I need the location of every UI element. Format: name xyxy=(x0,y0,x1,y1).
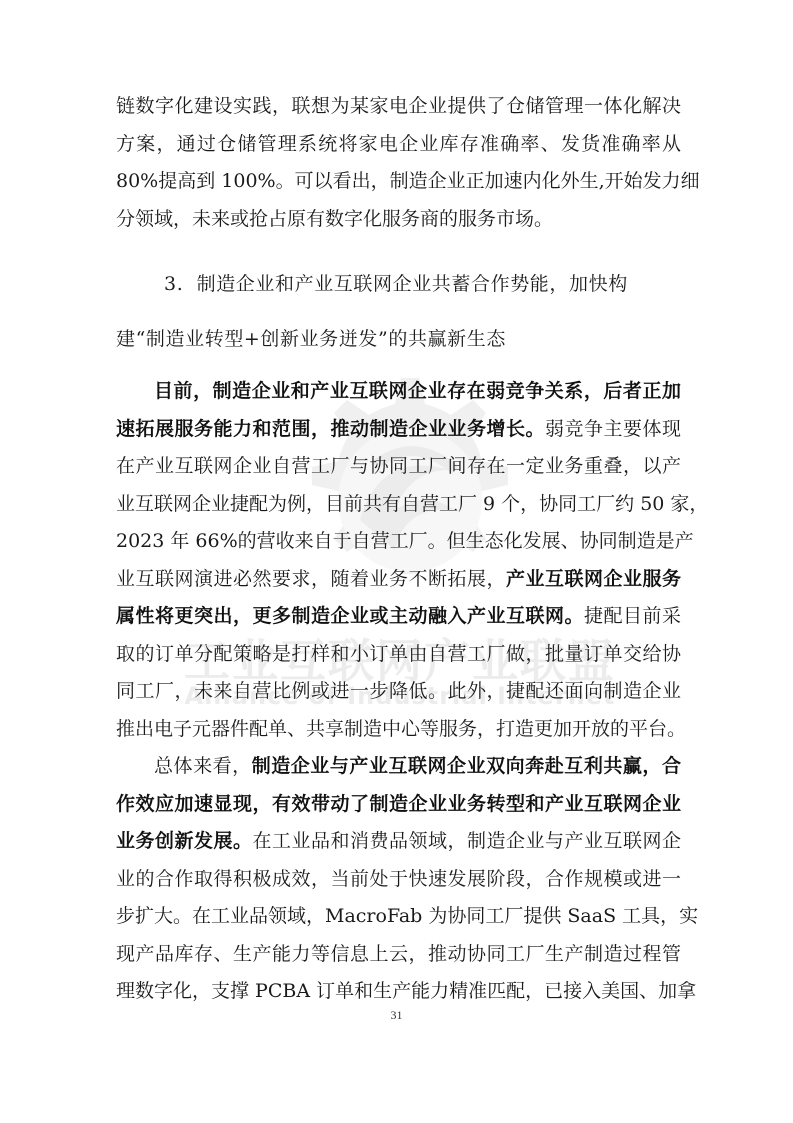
section-heading-text-1: 制造企业和产业互联网企业共蓄合作势能，加快构 xyxy=(197,273,628,295)
normal-text: 在工业品和消费品领域，制造企业与产业互联网企 xyxy=(253,830,681,852)
body-content: 链数字化建设实践，联想为某家电企业提供了仓储管理一体化解决 方案，通过仓储管理系… xyxy=(116,88,681,1011)
section-number: 3. xyxy=(164,273,183,295)
section-heading-line-1: 3. 制造企业和产业互联网企业共蓄合作势能，加快构 xyxy=(116,257,681,312)
text-line: 业互联网演进必然要求，随着业务不断拓展，产业互联网企业服务 xyxy=(116,561,681,599)
text-line: 理数字化，支撑 PCBA 订单和生产能力精准匹配，已接入美国、加拿 xyxy=(116,973,681,1011)
text-line: 总体来看，制造企业与产业互联网企业双向奔赴互利共赢，合 xyxy=(116,748,681,786)
normal-text: 弱竞争主要体现 xyxy=(545,418,681,440)
text-line: 方案，通过仓储管理系统将家电企业库存准确率、发货准确率从 xyxy=(116,126,681,164)
text-line: 业的合作取得积极成效，当前处于快速发展阶段，合作规模或进一 xyxy=(116,861,681,899)
bold-text: 速拓展服务能力和范围，推动制造企业业务增长。 xyxy=(116,418,545,440)
text-line: 目前，制造企业和产业互联网企业存在弱竞争关系，后者正加 xyxy=(116,373,681,411)
bold-text: 目前，制造企业和产业互联网企业存在弱竞争关系，后者正加 xyxy=(154,380,681,402)
text-line: 业务创新发展。在工业品和消费品领域，制造企业与产业互联网企 xyxy=(116,823,681,861)
normal-text: 总体来看， xyxy=(154,755,252,777)
text-line: 作效应加速显现，有效带动了制造企业业务转型和产业互联网企业 xyxy=(116,786,681,824)
bold-text: 属性将更突出，更多制造企业或主动融入产业互联网。 xyxy=(116,605,584,627)
bold-text: 作效应加速显现，有效带动了制造企业业务转型和产业互联网企业 xyxy=(116,793,681,815)
text-line: 现产品库存、生产能力等信息上云，推动协同工厂生产制造过程管 xyxy=(116,936,681,974)
text-line: 链数字化建设实践，联想为某家电企业提供了仓储管理一体化解决 xyxy=(116,88,681,126)
text-line: 同工厂，未来自营比例或进一步降低。此外，捷配还面向制造企业 xyxy=(116,673,681,711)
text-line: 属性将更突出，更多制造企业或主动融入产业互联网。捷配目前采 xyxy=(116,598,681,636)
normal-text: 捷配目前采 xyxy=(584,605,681,627)
section-heading: 3. 制造企业和产业互联网企业共蓄合作势能，加快构 建“制造业转型+创新业务迸发… xyxy=(116,257,681,367)
bold-text: 业务创新发展。 xyxy=(116,830,253,852)
text-line: 分领域，未来或抢占原有数字化服务商的服务市场。 xyxy=(116,201,681,239)
text-line: 在产业互联网企业自营工厂与协同工厂间存在一定业务重叠，以产 xyxy=(116,448,681,486)
paragraph-intro: 链数字化建设实践，联想为某家电企业提供了仓储管理一体化解决 方案，通过仓储管理系… xyxy=(116,88,681,238)
normal-text: 业互联网演进必然要求，随着业务不断拓展， xyxy=(116,568,506,590)
page-number: 31 xyxy=(0,1008,793,1023)
text-line: 取的订单分配策略是打样和小订单由自营工厂做，批量订单交给协 xyxy=(116,636,681,674)
paragraph-competition: 目前，制造企业和产业互联网企业存在弱竞争关系，后者正加 速拓展服务能力和范围，推… xyxy=(116,373,681,748)
document-page: 工业互联网产业联盟 Alliance of Industrial Interne… xyxy=(0,0,793,1123)
section-heading-line-2: 建“制造业转型+创新业务迸发”的共赢新生态 xyxy=(116,312,681,367)
bold-text: 产业互联网企业服务 xyxy=(506,568,681,590)
text-line: 业互联网企业捷配为例，目前共有自营工厂 9 个，协同工厂约 50 家， xyxy=(116,486,681,524)
text-line: 速拓展服务能力和范围，推动制造企业业务增长。弱竞争主要体现 xyxy=(116,411,681,449)
bold-text: 制造企业与产业互联网企业双向奔赴互利共赢，合 xyxy=(252,755,681,777)
text-line: 2023 年 66%的营收来自于自营工厂。但生态化发展、协同制造是产 xyxy=(116,523,681,561)
text-line: 推出电子元器件配单、共享制造中心等服务，打造更加开放的平台。 xyxy=(116,711,681,749)
paragraph-cooperation: 总体来看，制造企业与产业互联网企业双向奔赴互利共赢，合 作效应加速显现，有效带动… xyxy=(116,748,681,1011)
text-line: 80%提高到 100%。可以看出，制造企业正加速内化外生,开始发力细 xyxy=(116,163,681,201)
text-line: 步扩大。在工业品领域，MacroFab 为协同工厂提供 SaaS 工具，实 xyxy=(116,898,681,936)
